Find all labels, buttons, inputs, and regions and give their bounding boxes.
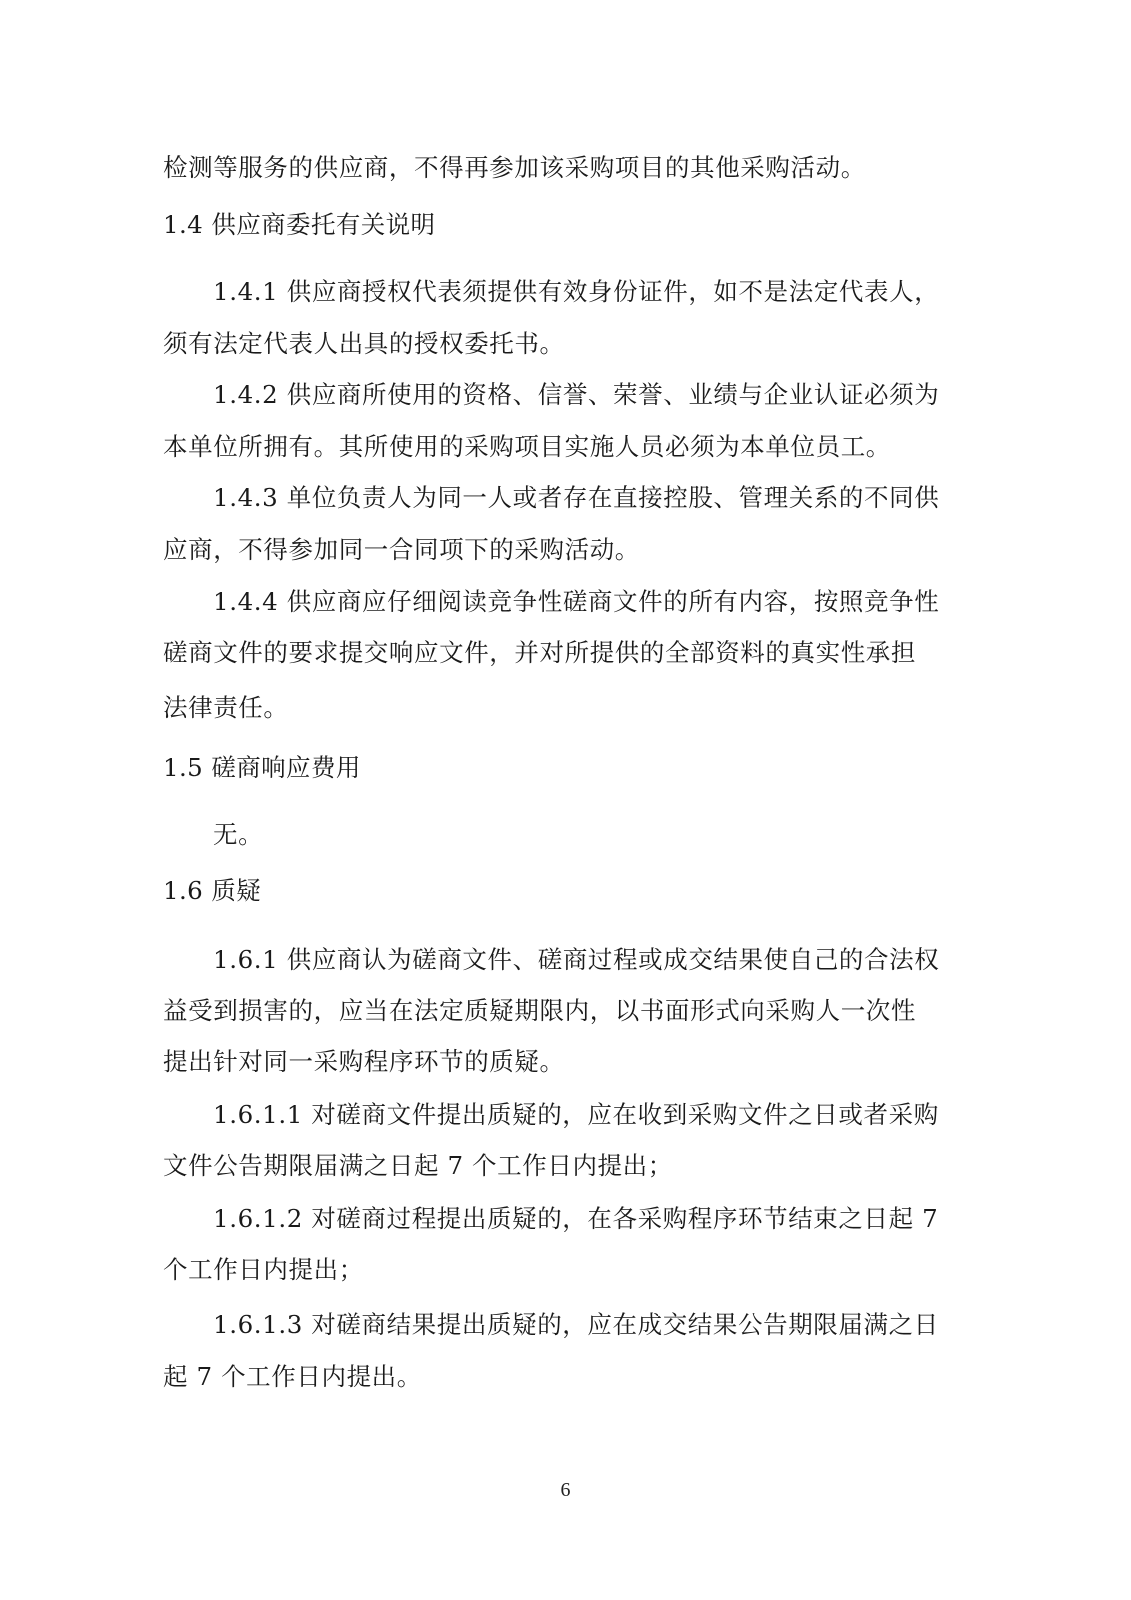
paragraph-1-4-4-line-2: 磋商文件的要求提交响应文件，并对所提供的全部资料的真实性承担 [163,638,963,668]
paragraph-1-4-1-line-2: 须有法定代表人出具的授权委托书。 [163,329,963,359]
continuation-text: 检测等服务的供应商，不得再参加该采购项目的其他采购活动。 [163,153,963,183]
paragraph-1-4-3-line-2: 应商，不得参加同一合同项下的采购活动。 [163,535,963,565]
section-heading-1-4: 1.4 供应商委托有关说明 [163,210,963,240]
paragraph-1-4-2-line-1: 1.4.2 供应商所使用的资格、信誉、荣誉、业绩与企业认证必须为 [213,380,1013,410]
paragraph-1-6-1-line-1: 1.6.1 供应商认为磋商文件、磋商过程或成交结果使自己的合法权 [213,945,1013,975]
paragraph-1-5-text: 无。 [213,820,1013,850]
paragraph-1-6-1-1-line-2: 文件公告期限届满之日起 7 个工作日内提出； [163,1151,963,1181]
paragraph-1-6-1-2-line-1: 1.6.1.2 对磋商过程提出质疑的，在各采购程序环节结束之日起 7 [213,1204,1013,1234]
document-page: 检测等服务的供应商，不得再参加该采购项目的其他采购活动。 1.4 供应商委托有关… [0,0,1131,1600]
paragraph-1-6-1-3-line-2: 起 7 个工作日内提出。 [163,1362,963,1392]
section-heading-1-5: 1.5 磋商响应费用 [163,753,963,783]
paragraph-1-6-1-1-line-1: 1.6.1.1 对磋商文件提出质疑的，应在收到采购文件之日或者采购 [213,1100,1013,1130]
paragraph-1-4-2-line-2: 本单位所拥有。其所使用的采购项目实施人员必须为本单位员工。 [163,432,963,462]
paragraph-1-6-1-line-3: 提出针对同一采购程序环节的质疑。 [163,1047,963,1077]
paragraph-1-4-4-line-1: 1.4.4 供应商应仔细阅读竞争性磋商文件的所有内容，按照竞争性 [213,587,1013,617]
paragraph-1-4-1-line-1: 1.4.1 供应商授权代表须提供有效身份证件，如不是法定代表人， [213,277,1013,307]
section-heading-1-6: 1.6 质疑 [163,876,963,906]
paragraph-1-6-1-line-2: 益受到损害的，应当在法定质疑期限内，以书面形式向采购人一次性 [163,996,963,1026]
paragraph-1-4-3-line-1: 1.4.3 单位负责人为同一人或者存在直接控股、管理关系的不同供 [213,483,1013,513]
paragraph-1-4-4-line-3: 法律责任。 [163,693,963,723]
page-number: 6 [0,1478,1131,1502]
paragraph-1-6-1-3-line-1: 1.6.1.3 对磋商结果提出质疑的，应在成交结果公告期限届满之日 [213,1310,1013,1340]
paragraph-1-6-1-2-line-2: 个工作日内提出； [163,1255,963,1285]
